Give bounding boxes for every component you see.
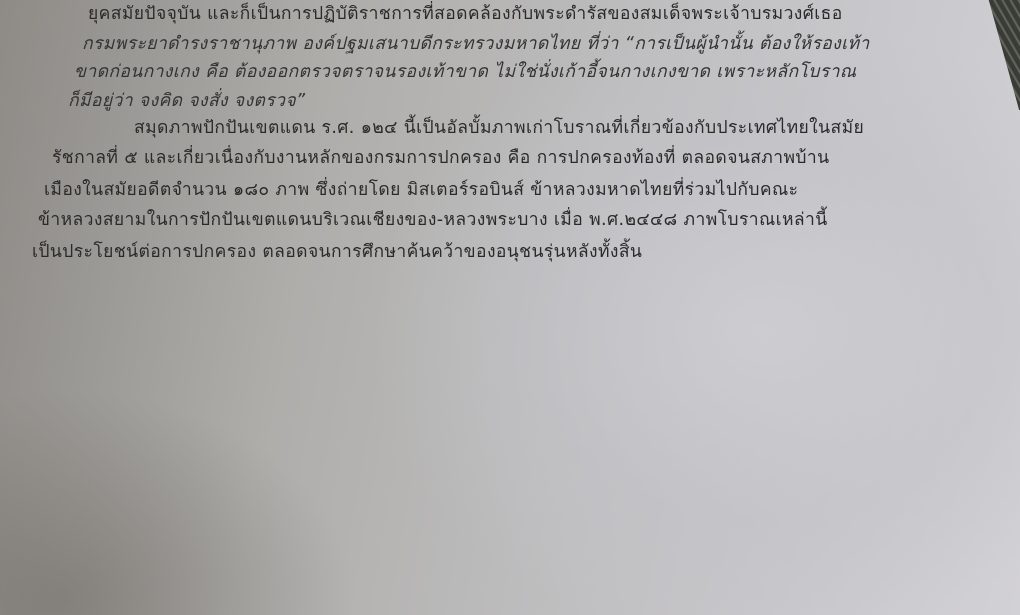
album-line-4: ข้าหลวงสยามในการปักปันเขตแดนบริเวณเชียงข… xyxy=(38,212,828,230)
album-line-5: เป็นประโยชน์ต่อการปกครอง ตลอดจนการศึกษาค… xyxy=(32,244,642,262)
quote-line-4: ก็มีอยู่ว่า จงคิด จงสั่ง จงตรวจ” xyxy=(68,93,305,111)
quote-line-3: ขาดก่อนกางเกง คือ ต้องออกตรวจตราจนรองเท้… xyxy=(74,64,856,82)
album-line-2: รัชกาลที่ ๕ และเกี่ยวเนื่องกับงานหลักของ… xyxy=(52,150,830,168)
album-line-3: เมืองในสมัยอดีตจำนวน ๑๘๐ ภาพ ซึ่งถ่ายโดย… xyxy=(44,182,798,200)
album-line-1: สมุดภาพปักปันเขตแดน ร.ศ. ๑๒๔ นี้เป็นอัลบ… xyxy=(134,120,864,138)
quote-line-2: กรมพระยาดำรงราชานุภาพ องค์ปฐมเสนาบดีกระท… xyxy=(82,36,870,54)
quote-line-1: ยุคสมัยปัจจุบัน และก็เป็นการปฏิบัติราชกา… xyxy=(88,6,843,24)
